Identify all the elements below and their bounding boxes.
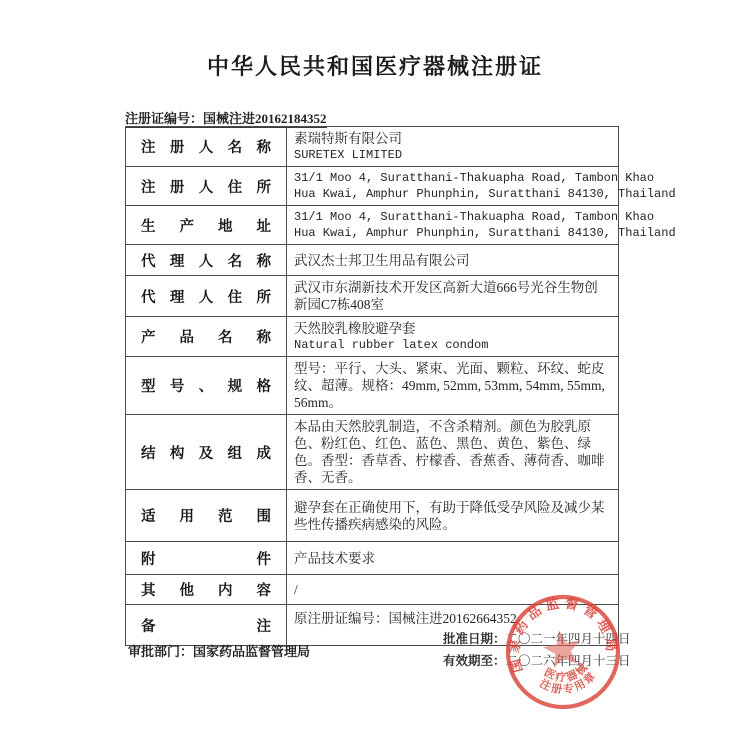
row-value-line: 31/1 Moo 4, Suratthani-Thakuapha Road, T…	[294, 170, 611, 186]
valid-until-value: 二〇二六年四月十三日	[506, 654, 631, 668]
table-row: 型号、规格 型号：平行、大头、紧束、光面、颗粒、环纹、蛇皮纹、超薄。规格：49m…	[126, 357, 619, 415]
registration-number-line: 注册证编号：国械注进20162184352	[125, 108, 327, 127]
table-row: 附件 产品技术要求	[126, 542, 619, 575]
row-value-line: /	[294, 581, 611, 598]
approval-date-label: 批准日期：	[443, 632, 506, 646]
row-value-line: 避孕套在正确使用下，有助于降低受孕风险及减少某些性传播疾病感染的风险。	[294, 499, 611, 533]
table-row: 其他内容 /	[126, 575, 619, 605]
row-value-line: 原注册证编号：国械注进20162664352	[294, 610, 611, 627]
row-label: 其他内容	[141, 579, 271, 600]
approval-department-line: 审批部门：国家药品监督管理局	[128, 641, 310, 660]
table-row: 结构及组成 本品由天然胶乳制造，不含杀精剂。颜色为胶乳原色、粉红色、红色、蓝色、…	[126, 415, 619, 490]
certificate-page: 中华人民共和国医疗器械注册证 注册证编号：国械注进20162184352 注册人…	[0, 0, 750, 750]
table-row: 产品名称 天然胶乳橡胶避孕套 Natural rubber latex cond…	[126, 317, 619, 357]
row-label: 适用范围	[141, 505, 271, 526]
row-value-line: 素瑞特斯有限公司	[294, 130, 611, 147]
table-row: 生产地址 31/1 Moo 4, Suratthani-Thakuapha Ro…	[126, 206, 619, 245]
row-value-line: 武汉杰士邦卫生用品有限公司	[294, 252, 611, 269]
valid-until-label: 有效期至：	[443, 654, 506, 668]
row-label: 产品名称	[141, 326, 271, 347]
approval-department-label: 审批部门：	[128, 644, 193, 659]
row-value-line: 武汉市东湖新技术开发区高新大道666号光谷生物创新园C7栋408室	[294, 279, 611, 313]
certificate-table: 注册人名称 素瑞特斯有限公司 SURETEX LIMITED 注册人住所 31/…	[125, 126, 619, 646]
row-value-line: Hua Kwai, Amphur Phunphin, Suratthani 84…	[294, 186, 611, 202]
row-value-line: 天然胶乳橡胶避孕套	[294, 320, 611, 337]
row-value-line: 产品技术要求	[294, 550, 611, 567]
approval-date-value: 二〇二一年四月十四日	[506, 632, 631, 646]
row-value-line: Natural rubber latex condom	[294, 337, 611, 353]
row-label: 型号、规格	[141, 375, 271, 396]
row-label: 结构及组成	[141, 442, 271, 463]
row-value-line: 本品由天然胶乳制造，不含杀精剂。颜色为胶乳原色、粉红色、红色、蓝色、黑色、黄色、…	[294, 418, 611, 486]
row-value-line: SURETEX LIMITED	[294, 147, 611, 163]
table-row: 注册人名称 素瑞特斯有限公司 SURETEX LIMITED	[126, 127, 619, 167]
row-label: 附件	[141, 548, 271, 569]
row-label: 注册人住所	[141, 176, 271, 197]
table-row: 代理人名称 武汉杰士邦卫生用品有限公司	[126, 245, 619, 276]
row-label: 代理人名称	[141, 250, 271, 271]
row-label: 注册人名称	[141, 136, 271, 157]
row-label: 代理人住所	[141, 286, 271, 307]
stamp-line2-text: 注册专用章	[536, 666, 602, 700]
table-row: 适用范围 避孕套在正确使用下，有助于降低受孕风险及减少某些性传播疾病感染的风险。	[126, 490, 619, 542]
approval-date-line: 批准日期：二〇二一年四月十四日	[443, 629, 631, 647]
certificate-title: 中华人民共和国医疗器械注册证	[0, 50, 750, 81]
approval-department-value: 国家药品监督管理局	[193, 644, 310, 659]
valid-until-line: 有效期至：二〇二六年四月十三日	[443, 651, 631, 669]
registration-number-value: 国械注进20162184352	[203, 111, 327, 126]
row-value-line: 型号：平行、大头、紧束、光面、颗粒、环纹、蛇皮纹、超薄。规格：49mm, 52m…	[294, 360, 611, 411]
table-row: 代理人住所 武汉市东湖新技术开发区高新大道666号光谷生物创新园C7栋408室	[126, 276, 619, 317]
row-label: 备注	[141, 615, 271, 636]
row-value-line: 31/1 Moo 4, Suratthani-Thakuapha Road, T…	[294, 209, 611, 225]
table-row: 注册人住所 31/1 Moo 4, Suratthani-Thakuapha R…	[126, 167, 619, 206]
row-label: 生产地址	[141, 215, 271, 236]
registration-number-label: 注册证编号：	[125, 111, 203, 126]
row-value-line: Hua Kwai, Amphur Phunphin, Suratthani 84…	[294, 225, 611, 241]
